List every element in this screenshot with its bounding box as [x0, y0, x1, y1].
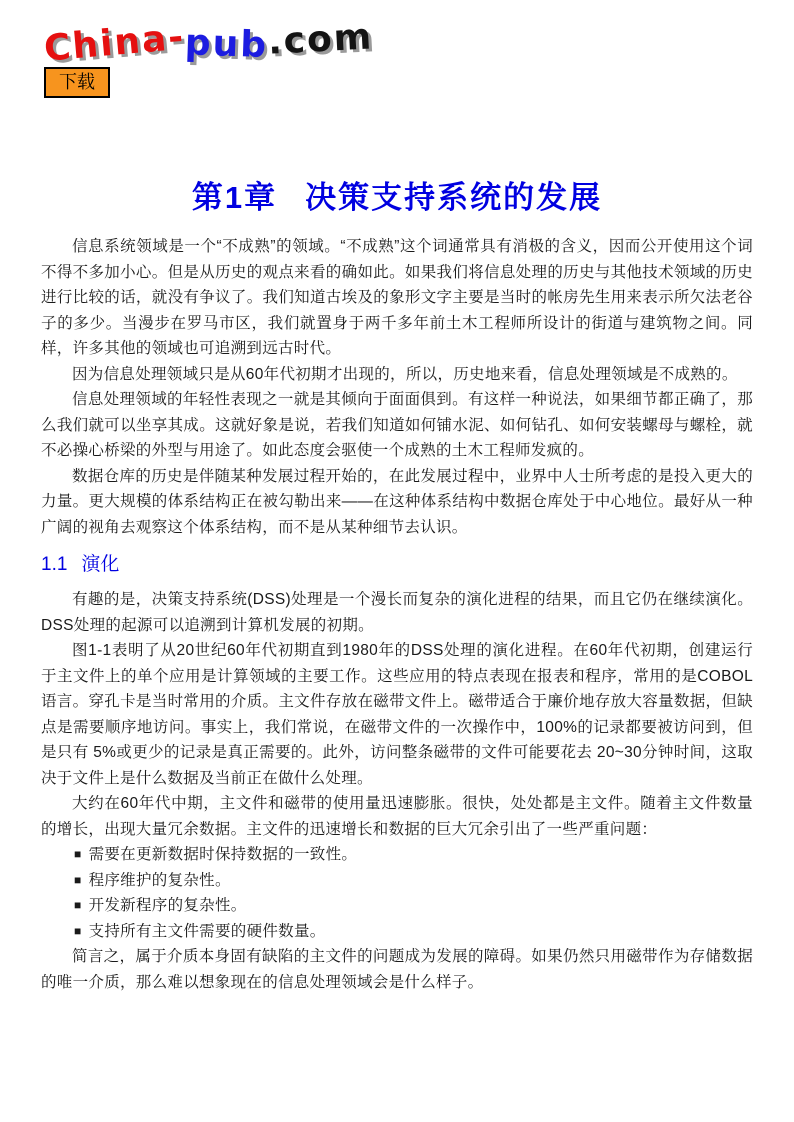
page-body: 信息系统领域是一个“不成熟”的领域。“不成熟”这个词通常具有消极的含义，因而公开…: [0, 218, 794, 995]
download-button[interactable]: 下载: [44, 67, 110, 98]
paragraph-3: 信息处理领域的年轻性表现之一就是其倾向于面面俱到。有这样一种说法，如果细节都正确…: [41, 387, 753, 464]
list-item: ■程序维护的复杂性。: [74, 868, 753, 894]
chinapub-logo: China-pub.com: [44, 21, 374, 63]
section-title-text: 演化: [81, 554, 119, 575]
page-header: China-pub.com 下载: [0, 0, 794, 118]
paragraph-8: 简言之，属于介质本身固有缺陷的主文件的问题成为发展的障碍。如果仍然只用磁带作为存…: [41, 944, 753, 995]
paragraph-1: 信息系统领域是一个“不成熟”的领域。“不成熟”这个词通常具有消极的含义，因而公开…: [41, 234, 753, 362]
section-heading: 1.1演化: [41, 553, 753, 577]
chapter-number: 第1章: [192, 180, 277, 215]
list-item: ■支持所有主文件需要的硬件数量。: [74, 919, 753, 945]
logo-text-china: China-: [43, 20, 187, 68]
square-bullet-icon: ■: [74, 924, 82, 938]
bullet-list: ■需要在更新数据时保持数据的一致性。 ■程序维护的复杂性。 ■开发新程序的复杂性…: [41, 842, 753, 944]
list-item: ■需要在更新数据时保持数据的一致性。: [74, 842, 753, 868]
square-bullet-icon: ■: [74, 847, 82, 861]
paragraph-2: 因为信息处理领域只是从60年代初期才出现的，所以，历史地来看，信息处理领域是不成…: [41, 362, 753, 388]
bullet-text: 需要在更新数据时保持数据的一致性。: [89, 846, 358, 863]
paragraph-5: 有趣的是，决策支持系统(DSS)处理是一个漫长而复杂的演化进程的结果，而且它仍在…: [41, 587, 753, 638]
bullet-text: 程序维护的复杂性。: [89, 872, 231, 889]
bullet-text: 支持所有主文件需要的硬件数量。: [89, 923, 326, 940]
chapter-title-text: 决策支持系统的发展: [305, 180, 602, 215]
document-page: China-pub.com 下载 第1章决策支持系统的发展 信息系统领域是一个“…: [0, 0, 794, 1122]
square-bullet-icon: ■: [74, 873, 82, 887]
paragraph-6: 图1-1表明了从20世纪60年代初期直到1980年的DSS处理的演化进程。在60…: [41, 638, 753, 791]
bullet-text: 开发新程序的复杂性。: [89, 897, 247, 914]
paragraph-4: 数据仓库的历史是伴随某种发展过程开始的，在此发展过程中，业界中人士所考虑的是投入…: [41, 464, 753, 541]
chapter-title: 第1章决策支持系统的发展: [0, 178, 794, 218]
paragraph-7: 大约在60年代中期，主文件和磁带的使用量迅速膨胀。很快，处处都是主文件。随着主文…: [41, 791, 753, 842]
section-number: 1.1: [41, 554, 67, 575]
logo-text-pub: pub: [185, 25, 269, 64]
list-item: ■开发新程序的复杂性。: [74, 893, 753, 919]
logo-text-com: .com: [268, 19, 375, 60]
square-bullet-icon: ■: [74, 898, 82, 912]
